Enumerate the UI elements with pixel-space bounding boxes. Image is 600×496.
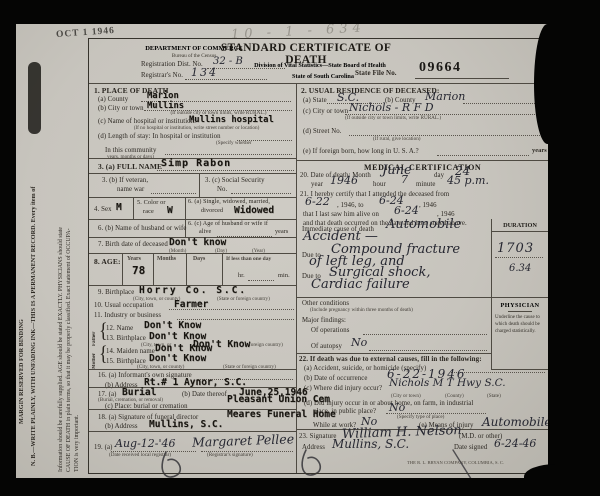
age-months-header: Months — [157, 256, 176, 262]
line — [186, 253, 187, 285]
line — [296, 353, 491, 354]
immediate-cause-value-1: Automobile — [386, 217, 461, 232]
age-days-header: Days — [193, 256, 205, 262]
death-minute-label: minute — [416, 181, 435, 188]
sex-value: M — [116, 202, 122, 213]
line — [157, 170, 294, 171]
line — [369, 350, 487, 351]
age-years-header: Years — [127, 256, 141, 262]
city-label: (b) City or town — [98, 105, 144, 112]
margin-note-line3: Information should be carefully supplied… — [58, 52, 64, 472]
line — [199, 173, 200, 197]
margin-note-line5: TION is very important. — [74, 52, 80, 472]
father-group-label: Father — [92, 322, 97, 346]
means-of-injury-value: Automobile — [482, 415, 552, 429]
line — [89, 83, 549, 84]
birth-date-label: 7. Birth date of deceased — [98, 241, 168, 248]
funeral-director-address-value: Mullins, S.C. — [149, 419, 223, 430]
date-received-note: (Date received local registrar) — [109, 453, 171, 459]
line — [169, 309, 294, 310]
scan-border-bottom — [0, 478, 600, 496]
father-birthplace-note2: foreign country) — [249, 343, 283, 349]
physician-address-label: Address — [302, 444, 325, 451]
duration-value-2: 6.34 — [509, 263, 531, 274]
state-file-label: State File No. — [355, 70, 397, 78]
date-of-occurrence-label: (b) Date of occurrence — [304, 375, 368, 382]
residence-city-note: (If outside city or town limits, write R… — [345, 116, 441, 122]
street-number-note: (If rural, give location) — [373, 137, 421, 143]
age-label: 8. AGE: — [94, 258, 121, 266]
hospital-value: Mullins hospital — [189, 115, 274, 125]
line — [89, 253, 296, 254]
physician-box-note: Underline the cause to which death shoul… — [495, 315, 547, 335]
death-hour-label: hour — [373, 181, 386, 188]
attended-from-value: 6-22 — [305, 195, 330, 208]
scan-smudge — [28, 62, 41, 134]
marital-value: Widowed — [234, 205, 274, 216]
registrar-signature-note: (Registrar's signature) — [207, 453, 253, 459]
county-label: (a) County — [98, 96, 128, 103]
date-signed-label: Date signed — [454, 444, 487, 451]
margin-note-line4: CAUSE OF DEATH in plain terms, so that i… — [66, 52, 72, 472]
due-to-value-2b: Cardiac failure — [311, 277, 410, 292]
date-received-value: Aug-12-'46 — [115, 437, 176, 450]
race-label: 5. Color or — [137, 200, 166, 207]
line — [153, 253, 154, 285]
duration-value-1: 1703 — [497, 241, 534, 256]
line — [296, 160, 549, 161]
registrar-number-value: 134 — [191, 66, 218, 79]
line — [437, 155, 529, 156]
death-day-label: day — [434, 172, 444, 179]
certify-text-line2: that I last saw him alive on — [303, 211, 379, 218]
spouse-age-label: 6. (c) Age of husband or wife if — [188, 221, 268, 228]
line — [415, 78, 509, 79]
certificate-paper: MARGIN RESERVED FOR BINDING N. B.—WRITE … — [16, 24, 550, 478]
street-number-label: (d) Street No. — [303, 128, 342, 135]
birthplace-note2: (State or foreign country) — [217, 297, 270, 303]
last-saw-value: 6-24 — [394, 204, 419, 217]
line — [508, 311, 532, 312]
full-name-label: 3. (a) FULL NAME — [98, 163, 162, 171]
race-label2: race — [143, 209, 154, 216]
line — [133, 197, 134, 219]
residence-city-value: Nichols - R F D — [349, 101, 434, 114]
line — [185, 79, 267, 80]
margin-binding-note: MARGIN RESERVED FOR BINDING — [18, 134, 25, 424]
death-certificate-scan: MARGIN RESERVED FOR BINDING N. B.—WRITE … — [0, 0, 600, 496]
line — [491, 231, 549, 232]
ssn-label2: No. — [217, 186, 227, 193]
length-of-stay-label: (d) Length of stay: In hospital or insti… — [98, 133, 221, 140]
mother-birthplace-value: Don't Know — [149, 353, 206, 364]
occupation-label: 10. Usual occupation — [94, 302, 154, 309]
birthplace-label: 9. Birthplace — [98, 289, 134, 296]
where-injury-label: (c) Where did injury occur? — [304, 385, 382, 392]
certify-seg1: , 1946, to — [337, 202, 364, 209]
city-or-town-note: (City or town) — [391, 394, 421, 400]
printer-imprint: THE R. L. BRYAN COMPANY, COLUMBIA, S. C. — [407, 460, 504, 465]
registrar-signature: Margaret Pellee — [192, 431, 295, 450]
race-value: W — [167, 205, 173, 216]
ssn-label: 3. (c) Social Security — [205, 177, 265, 184]
mother-maiden-name-label: 14. Maiden name — [106, 348, 155, 355]
date-signed-value: 6-24-46 — [494, 437, 536, 450]
of-autopsy-label: Of autopsy — [311, 343, 342, 350]
age-less-than-day-header: If less than one day — [226, 256, 271, 262]
county-value: Marion — [147, 91, 179, 101]
line — [89, 219, 296, 220]
duration-header: DURATION — [491, 222, 549, 229]
father-name-label: 12. Name — [106, 325, 133, 332]
full-name-value: Simp Rabon — [161, 158, 231, 169]
line — [231, 193, 291, 194]
of-operations-label: Of operations — [311, 327, 349, 334]
age-hr-label: hr. — [238, 273, 245, 280]
line — [296, 297, 549, 298]
burial-place-value: Pleasant Union Cem — [227, 394, 330, 405]
line — [89, 369, 296, 370]
line — [89, 173, 296, 174]
birth-date-value: Don't know — [169, 237, 226, 248]
line — [151, 193, 196, 194]
residence-state-label: (a) State — [303, 97, 327, 104]
burial-date-label: (b) Date thereof — [182, 391, 227, 398]
foreign-born-label: (e) If foreign born, how long in U. S. A… — [303, 148, 419, 155]
line — [122, 253, 123, 285]
line — [165, 154, 292, 155]
foreign-born-years-label: years — [532, 148, 547, 155]
spouse-age-years-label: years — [275, 229, 288, 236]
external-causes-title: 22. If death was due to external causes,… — [299, 356, 482, 364]
marital-label2: divorced — [201, 208, 223, 215]
father-name-value: Don't Know — [144, 320, 201, 331]
death-year-label: year — [311, 181, 323, 188]
death-hour-value: 7 — [401, 173, 408, 186]
scan-border-blob-bottom — [524, 464, 600, 496]
line — [248, 280, 274, 281]
major-findings-label: Major findings: — [302, 317, 346, 324]
spouse-age-label2: alive — [199, 229, 211, 236]
hospital-note: (If no hospital or institution, write st… — [99, 126, 294, 132]
other-conditions-note: (Include pregnancy within three months o… — [310, 308, 413, 314]
veteran-label: 3. (b) If veteran, — [102, 177, 148, 184]
mother-group-label: Mother — [92, 345, 97, 369]
line — [89, 197, 296, 198]
type-of-place-note: (Specify type of place) — [397, 415, 444, 421]
line — [491, 369, 549, 370]
length-of-stay-note: (Specify whether — [216, 141, 252, 147]
line — [185, 197, 186, 219]
veteran-label2: name war — [117, 186, 144, 193]
state-file-number: 09664 — [419, 60, 462, 76]
physician-box-title: PHYSICIAN — [491, 302, 549, 309]
funeral-director-value: Meares Funeral Home — [227, 409, 336, 420]
father-birthplace-label: 13. Birthplace — [106, 335, 146, 342]
certificate-form: DEPARTMENT OF COMMERCE Bureau of the Cen… — [88, 38, 552, 474]
scan-border-left — [0, 0, 16, 496]
division-heading: Division of Vital Statistics—State Board… — [236, 62, 404, 69]
residence-city-label: (c) City or town — [303, 108, 348, 115]
scan-border-blob-top — [534, 24, 564, 144]
state-note: (State) — [487, 394, 501, 400]
registrar-row-label: 19. (a) — [94, 444, 112, 451]
certify-seg2: , 1946 — [419, 202, 437, 209]
death-year-value: 1946 — [330, 174, 358, 187]
physician-signature-label: 23. Signature — [299, 433, 337, 440]
age-min-label: min. — [278, 273, 290, 280]
funeral-director-address-label: (b) Address — [105, 423, 138, 430]
age-years-value: 78 — [132, 264, 145, 277]
registrar-number-label: Registrar's No. — [141, 72, 183, 79]
line — [495, 257, 543, 258]
usual-residence-title: 2. USUAL RESIDENCE OF DECEASED: — [301, 87, 439, 95]
physician-address-value: Mullins, S.C. — [332, 437, 409, 451]
line — [222, 253, 223, 285]
sex-label: 4. Sex — [94, 206, 112, 213]
birthplace-value: Horry Co. S.C. — [139, 285, 247, 296]
scan-border-top — [0, 0, 600, 24]
line — [363, 334, 487, 335]
spouse-name-label: 6. (b) Name of husband or wife — [98, 225, 187, 232]
where-injury-value: Nichols M T Hwy S.C. — [389, 377, 506, 389]
autopsy-value: No — [351, 336, 367, 349]
death-minute-value: 45 p.m. — [447, 174, 489, 187]
county-note: (County) — [445, 394, 464, 400]
